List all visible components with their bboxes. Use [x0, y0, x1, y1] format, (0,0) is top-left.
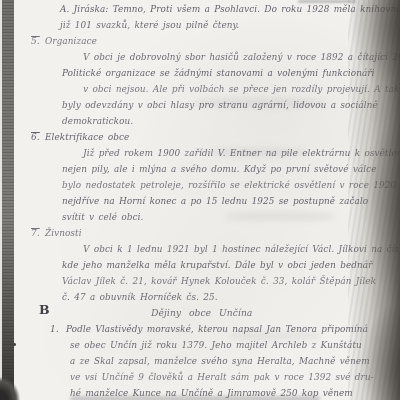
handwritten-text: bylo nedostatek petroleje, rozšířilo se … — [62, 178, 396, 194]
text-line: kde jeho manželka měla krupařství. Dále … — [62, 258, 356, 274]
text-line: hé manželce Kunce na Unčíně a Jimramově … — [70, 386, 356, 400]
handwritten-text: A. Jiráska: Temno, Proti všem a Psohlavc… — [60, 2, 400, 18]
text-line: nejen pily, ale i mlýna a svého domu. Kd… — [62, 162, 356, 178]
text-line: ve vsi Unčíně 9 člověků a Heralt sám pak… — [70, 370, 356, 386]
handwritten-text: Elektrifikace obce — [45, 130, 129, 146]
book-binding-shadow — [0, 0, 14, 400]
handwritten-text: byly odevzdány v obci hlasy pro stranu a… — [62, 98, 378, 114]
handwritten-text: ve vsi Unčíně 9 člověků a Heralt sám pak… — [70, 370, 374, 386]
section-number: 7. — [31, 229, 40, 239]
handwritten-text: nejen pily, ale i mlýna a svého domu. Kd… — [62, 162, 377, 178]
text-line: V obci k 1 lednu 1921 byl 1 hostinec nál… — [58, 242, 356, 258]
handwritten-text: č. 47 a obuvník Horníček čs. 25. — [62, 290, 218, 306]
handwritten-text: Podle Vlastivědy moravské, kterou napsal… — [66, 322, 368, 338]
text-line: bylo nedostatek petroleje, rozšířilo se … — [62, 178, 356, 194]
text-line: Politické organizace se žádnými stanovam… — [62, 66, 356, 82]
handwritten-text: se obec Unčín již roku 1379. Jeho majite… — [70, 338, 362, 354]
text-line: A. Jiráska: Temno, Proti všem a Psohlavc… — [60, 2, 356, 18]
handwritten-text: hé manželce Kunce na Unčíně a Jimramově … — [70, 386, 353, 400]
handwritten-text: v obci nejsou. Ale při volbách se přece … — [71, 82, 399, 98]
section-number: 1. — [50, 325, 59, 335]
handwritten-text: kde jeho manželka měla krupařství. Dále … — [62, 258, 372, 274]
text-line: a ze Skal zapsal, manželce svého syna He… — [70, 354, 356, 370]
handwritten-text: Již před rokem 1900 zařídil V. Entner na… — [71, 146, 400, 162]
text-line: v obci nejsou. Ale při volbách se přece … — [58, 82, 356, 98]
margin-dot — [13, 343, 16, 346]
text-line: svítit v celé obci. — [62, 210, 356, 226]
scanned-page: A. Jiráska: Temno, Proti všem a Psohlavc… — [0, 0, 400, 400]
text-line: byly odevzdány v obci hlasy pro stranu a… — [62, 98, 356, 114]
text-line: nejdříve na Horní konec a po 15 lednu 19… — [62, 194, 356, 210]
text-line: již 101 svazků, které jsou pilně čteny. — [60, 18, 356, 34]
text-line: 6.Elektrifikace obce — [31, 130, 356, 146]
binding-corner-blot — [0, 372, 20, 400]
handwritten-text: a ze Skal zapsal, manželce svého syna He… — [70, 354, 370, 370]
margin-letter: B — [39, 302, 50, 317]
text-line: V obci je dobrovolný sbor hasičů založen… — [58, 50, 356, 66]
section-number: 6. — [31, 133, 40, 143]
handwritten-text: Politické organizace se žádnými stanovam… — [62, 66, 375, 82]
handwritten-text: svítit v celé obci. — [62, 210, 143, 226]
handwritten-text: Dějiny obce Unčína — [151, 306, 252, 322]
handwritten-text: Organizace — [45, 34, 97, 50]
text-line: Již před rokem 1900 zařídil V. Entner na… — [58, 146, 356, 162]
text-line: 7.Živnosti — [31, 226, 356, 242]
handwritten-text: V obci k 1 lednu 1921 byl 1 hostinec nál… — [71, 242, 400, 258]
section-number: 5. — [31, 37, 40, 47]
handwritten-text: demokratickou. — [62, 114, 133, 130]
handwritten-text: Živnosti — [45, 226, 82, 242]
handwritten-text: nejdříve na Horní konec a po 15 lednu 19… — [62, 194, 368, 210]
handwritten-text: již 101 svazků, které jsou pilně čteny. — [60, 18, 239, 34]
text-line: se obec Unčín již roku 1379. Jeho majite… — [70, 338, 356, 354]
handwritten-text: Václav Jílek č. 21, kovář Hynek Kolouček… — [62, 274, 376, 290]
text-line: 1.Podle Vlastivědy moravské, kterou naps… — [50, 322, 356, 338]
handwritten-text: V obci je dobrovolný sbor hasičů založen… — [71, 50, 400, 66]
text-line: 5.Organizace — [31, 34, 356, 50]
text-line: demokratickou. — [62, 114, 356, 130]
text-line: Dějiny obce Unčína — [48, 306, 356, 322]
text-line: Václav Jílek č. 21, kovář Hynek Kolouček… — [62, 274, 356, 290]
text-line: č. 47 a obuvník Horníček čs. 25. — [62, 290, 356, 306]
handwritten-text-block: A. Jiráska: Temno, Proti všem a Psohlavc… — [0, 0, 400, 400]
